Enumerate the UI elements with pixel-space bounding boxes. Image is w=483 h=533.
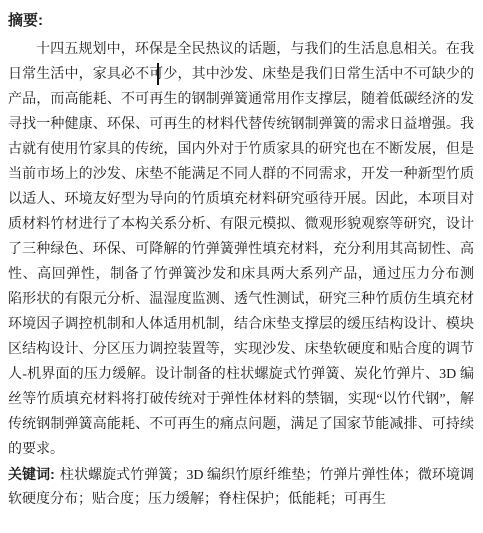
paragraph-line[interactable]: 产品，而高能耗、不可再生的钢制弹簧通常用作支撑层，随着低碳经济的发展，	[8, 87, 474, 112]
paragraph-line[interactable]: 寻找一种健康、环保、可再生的材料代替传统钢制弹簧的需求日益增强。我国自	[8, 112, 474, 137]
abstract-paragraph[interactable]: 十四五规划中，环保是全民热议的话题，与我们的生活息息相关。在我们的日常生活中，家…	[8, 37, 474, 462]
paragraph-line[interactable]: 陷形状的有限元分析、温湿度监测、透气性测试，研究三种竹质仿生填充材料的	[8, 287, 474, 312]
document-page[interactable]: 摘要: 十四五规划中，环保是全民热议的话题，与我们的生活息息相关。在我们的日常生…	[0, 0, 483, 533]
keywords-line-2[interactable]: 软硬度分布；贴合度；压力缓解；脊柱保护；低能耗；可再生	[8, 487, 474, 512]
keywords-text-1: 柱状螺旋式竹弹簧；3D 编织竹原纤维垫；竹弹片弹性体；微环境调控；	[8, 468, 474, 487]
paragraph-line[interactable]: 的要求。	[8, 437, 474, 462]
paragraph-line[interactable]: 古就有使用竹家具的传统，国内外对于竹质家具的研究也在不断发展，但是针对	[8, 137, 474, 162]
keywords-label: 关键词:	[8, 466, 55, 482]
paragraph-line[interactable]: 丝等竹质填充材料将打破传统对于弹性体材料的禁锢，实现“以竹代钢”，解决	[8, 387, 474, 412]
paragraph-line[interactable]: 日常生活中，家具必不可少，其中沙发、床垫是我们日常生活中不可缺少的家具	[8, 62, 474, 87]
paragraph-line[interactable]: 传统钢制弹簧高能耗、不可再生的痛点问题，满足了国家节能减排、可持续发展	[8, 412, 474, 437]
keywords-line-1[interactable]: 关键词:柱状螺旋式竹弹簧；3D 编织竹原纤维垫；竹弹片弹性体；微环境调控；	[8, 462, 474, 487]
paragraph-line[interactable]: 人-机界面的压力缓解。设计制备的柱状螺旋式竹弹簧、炭化竹弹片、3D 编制竹	[8, 362, 474, 387]
paragraph-line[interactable]: 了三种绿色、环保、可降解的竹弹簧弹性填充材料，充分利用其高韧性、高透气	[8, 237, 474, 262]
paragraph-line[interactable]: 十四五规划中，环保是全民热议的话题，与我们的生活息息相关。在我们的	[8, 37, 474, 62]
text-cursor	[157, 63, 159, 85]
paragraph-line[interactable]: 性、高回弹性，制备了竹弹簧沙发和床具两大系列产品，通过压力分布测试、压	[8, 262, 474, 287]
paragraph-line[interactable]: 质材料竹材进行了本构关系分析、有限元模拟、微观形貌观察等研究，设计开发	[8, 212, 474, 237]
paragraph-line[interactable]: 环境因子调控机制和人体适用机制，结合床垫支撑层的缓压结构设计、模块化分	[8, 312, 474, 337]
paragraph-line[interactable]: 以适人、环境友好型为导向的竹质填充材料研究亟待开展。因此，本项目对生物	[8, 187, 474, 212]
abstract-heading[interactable]: 摘要:	[8, 8, 474, 33]
paragraph-line[interactable]: 当前市场上的沙发、床垫不能满足不同人群的不同需求，开发一种新型竹质弹簧，	[8, 162, 474, 187]
paragraph-line[interactable]: 区结构设计、分区压力调控装置等，实现沙发、床垫软硬度和贴合度的调节以及	[8, 337, 474, 362]
